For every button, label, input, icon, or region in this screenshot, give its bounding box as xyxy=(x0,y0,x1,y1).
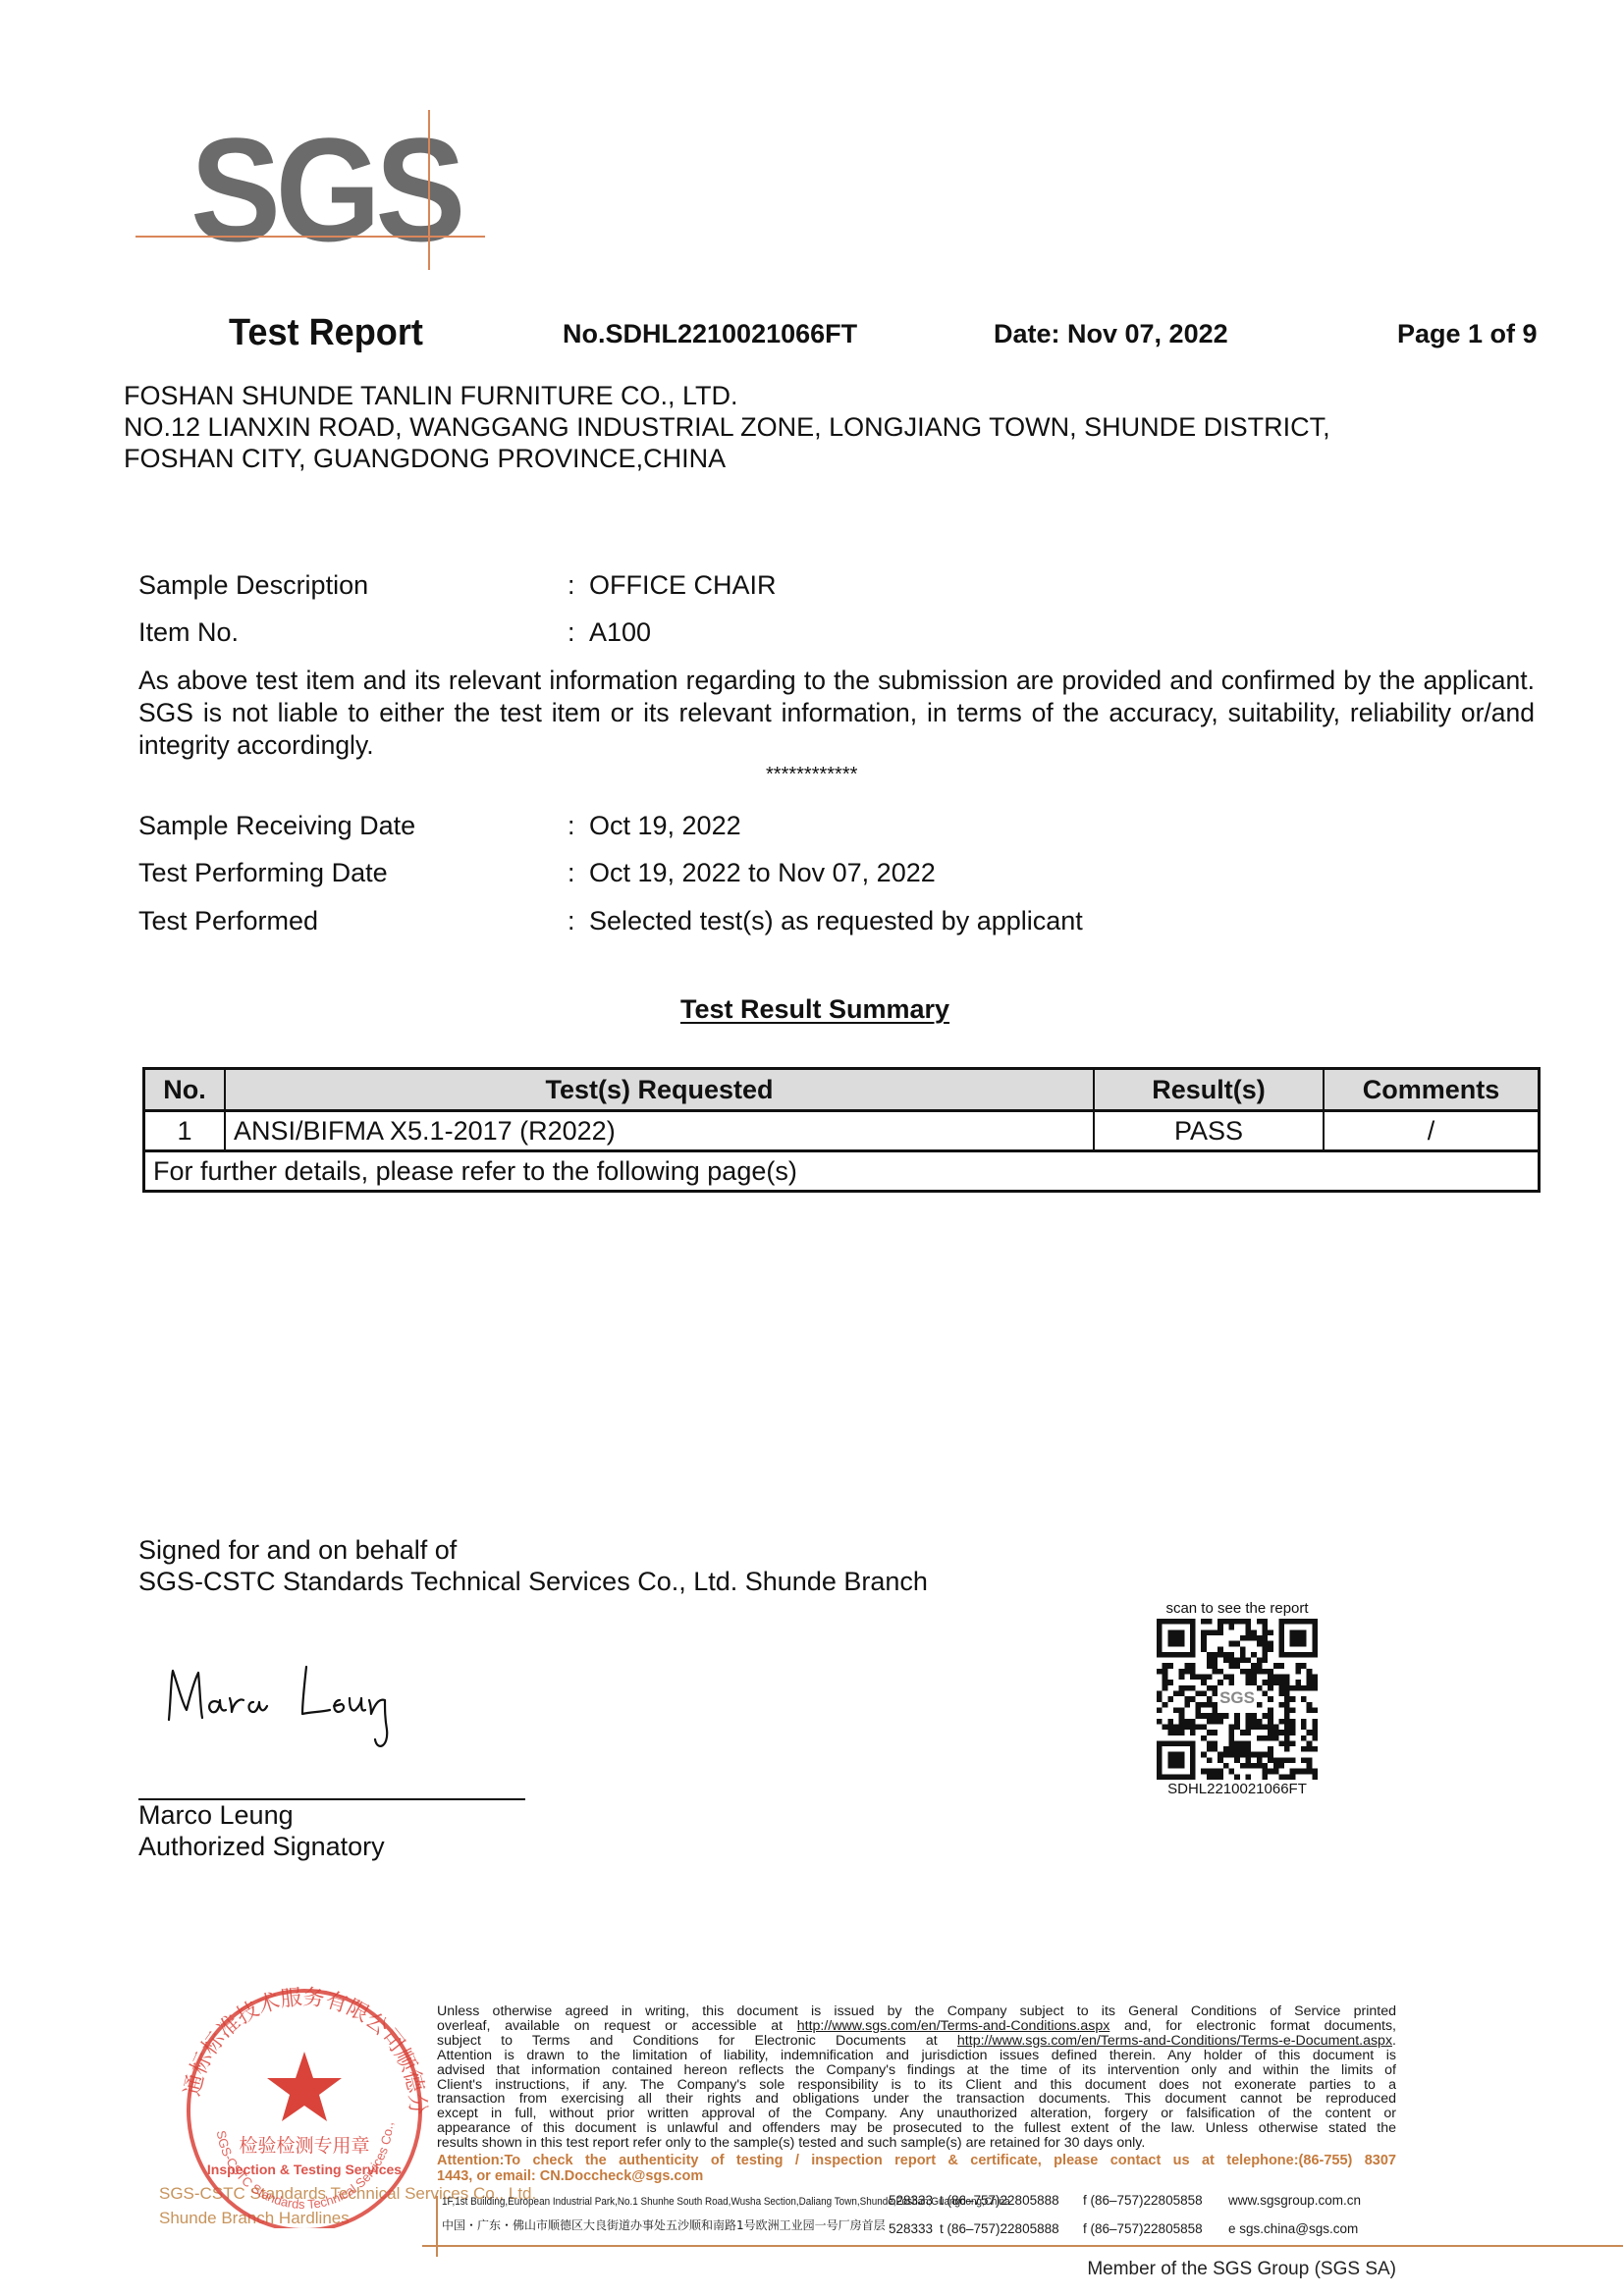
legal-line: results shown in this test report refer … xyxy=(437,2136,1396,2151)
col-header-result: Result(s) xyxy=(1094,1069,1324,1111)
field-label: Test Performing Date xyxy=(138,858,388,888)
applicant-disclaimer: As above test item and its relevant info… xyxy=(138,665,1535,762)
summary-heading: Test Result Summary xyxy=(0,994,1623,1025)
legal-line: advised that information contained hereo… xyxy=(437,2063,1396,2078)
phone-number: t (86–757)22805888 xyxy=(940,2221,1083,2236)
cell-comments: / xyxy=(1324,1111,1540,1151)
cell-result: PASS xyxy=(1094,1111,1324,1151)
legal-line: transaction from exercising all their ri… xyxy=(437,2092,1396,2107)
applicant-name: FOSHAN SHUNDE TANLIN FURNITURE CO., LTD. xyxy=(124,381,738,411)
terms-link[interactable]: http://www.sgs.com/en/Terms-and-Conditio… xyxy=(797,2018,1110,2034)
cell-test: ANSI/BIFMA X5.1-2017 (R2022) xyxy=(225,1111,1094,1151)
qr-report-id: SDHL2210021066FT xyxy=(1154,1781,1321,1797)
authenticity-line2: 1443, or email: CN.Doccheck@sgs.com xyxy=(437,2168,703,2184)
col-header-comments: Comments xyxy=(1324,1069,1540,1111)
fax-number: f (86–757)22805858 xyxy=(1083,2193,1228,2208)
results-table: No. Test(s) Requested Result(s) Comments… xyxy=(142,1067,1541,1193)
table-row: 1 ANSI/BIFMA X5.1-2017 (R2022) PASS / xyxy=(144,1111,1540,1151)
field-colon: : xyxy=(568,906,575,936)
qr-block: scan to see the report SGS SDHL221002106… xyxy=(1154,1600,1321,1797)
report-number: No.SDHL2210021066FT xyxy=(563,319,857,349)
svg-text:通标标准技术服务有限公司顺德分公司: 通标标准技术服务有限公司顺德分公司 xyxy=(147,1973,429,2115)
stamp-seal-icon: 通标标准技术服务有限公司顺德分公司 SGS-CSTC Standards Tec… xyxy=(147,1973,442,2228)
official-stamp: SGS-CSTC Standards Technical Services Co… xyxy=(147,1973,442,2228)
field-colon: : xyxy=(568,570,575,601)
qr-code-icon[interactable]: SGS xyxy=(1157,1619,1318,1780)
field-label: Sample Receiving Date xyxy=(138,811,415,841)
sgs-logo: SGS xyxy=(135,110,485,272)
svg-text:SGS: SGS xyxy=(1219,1688,1255,1707)
qr-caption: scan to see the report xyxy=(1154,1600,1321,1617)
field-label: Item No. xyxy=(138,617,239,648)
logo-vertical-rule xyxy=(428,110,430,270)
terms-link[interactable]: http://www.sgs.com/en/Terms-and-Conditio… xyxy=(957,2033,1392,2049)
sample-description-value: OFFICE CHAIR xyxy=(589,570,777,601)
website-link[interactable]: www.sgsgroup.com.cn xyxy=(1228,2193,1361,2208)
field-colon: : xyxy=(568,617,575,648)
handwritten-signature xyxy=(157,1659,412,1757)
office-address-cn: 中国・广东・佛山市顺德区大良街道办事处五沙顺和南路1号欧洲工业园一号厂房首层 邮… xyxy=(442,2216,1358,2236)
sgs-logo-text: SGS xyxy=(190,116,460,263)
test-performing-date-value: Oct 19, 2022 to Nov 07, 2022 xyxy=(589,858,936,888)
field-label: Test Performed xyxy=(138,906,318,936)
field-label: Sample Description xyxy=(138,570,368,601)
field-colon: : xyxy=(568,858,575,888)
member-of-group: Member of the SGS Group (SGS SA) xyxy=(1087,2259,1396,2280)
field-colon: : xyxy=(568,811,575,841)
table-note-row: For further details, please refer to the… xyxy=(144,1151,1540,1192)
legal-line: Unless otherwise agreed in writing, this… xyxy=(437,2004,1396,2019)
signing-company: SGS-CSTC Standards Technical Services Co… xyxy=(138,1567,928,1597)
legal-terms: Unless otherwise agreed in writing, this… xyxy=(437,2004,1396,2151)
report-date: Date: Nov 07, 2022 xyxy=(994,319,1228,349)
legal-line: Attention is drawn to the limitation of … xyxy=(437,2049,1396,2063)
col-header-no: No. xyxy=(144,1069,226,1111)
legal-line: Client's instructions, if any. The Compa… xyxy=(437,2078,1396,2093)
email-link[interactable]: e sgs.china@sgs.com xyxy=(1228,2221,1358,2236)
test-performed-value: Selected test(s) as requested by applica… xyxy=(589,906,1083,936)
cell-no: 1 xyxy=(144,1111,226,1151)
separator-stars: ************ xyxy=(766,764,857,786)
applicant-address-line1: NO.12 LIANXIN ROAD, WANGGANG INDUSTRIAL … xyxy=(124,412,1330,443)
footer-vertical-rule xyxy=(436,2196,438,2257)
table-note: For further details, please refer to the… xyxy=(144,1151,1540,1192)
office-address-en: 1F,1st Building,European Industrial Park… xyxy=(442,2193,1361,2208)
col-header-test: Test(s) Requested xyxy=(225,1069,1094,1111)
svg-text:Inspection & Testing Services: Inspection & Testing Services xyxy=(207,2162,402,2177)
svg-text:检验检测专用章: 检验检测专用章 xyxy=(239,2135,369,2157)
signatory-name: Marco Leung xyxy=(138,1800,294,1831)
report-title: Test Report xyxy=(229,312,423,354)
signatory-role: Authorized Signatory xyxy=(138,1832,385,1862)
legal-line: appearance of this document is unlawful … xyxy=(437,2121,1396,2136)
fax-number: f (86–757)22805858 xyxy=(1083,2221,1228,2236)
page-indicator: Page 1 of 9 xyxy=(1397,319,1538,349)
authenticity-notice: Attention:To check the authenticity of t… xyxy=(437,2153,1396,2184)
table-header-row: No. Test(s) Requested Result(s) Comments xyxy=(144,1069,1540,1111)
sample-receiving-date-value: Oct 19, 2022 xyxy=(589,811,741,841)
applicant-address-line2: FOSHAN CITY, GUANGDONG PROVINCE,CHINA xyxy=(124,444,726,474)
signed-for-label: Signed for and on behalf of xyxy=(138,1535,457,1566)
authenticity-line1: Attention:To check the authenticity of t… xyxy=(437,2153,1396,2168)
legal-line: overleaf, available on request or access… xyxy=(437,2019,1396,2034)
legal-line: except in full, without prior written ap… xyxy=(437,2107,1396,2121)
logo-horizontal-rule xyxy=(135,236,485,238)
legal-line: subject to Terms and Conditions for Elec… xyxy=(437,2034,1396,2049)
footer-horizontal-rule xyxy=(422,2245,1623,2247)
item-no-value: A100 xyxy=(589,617,651,648)
